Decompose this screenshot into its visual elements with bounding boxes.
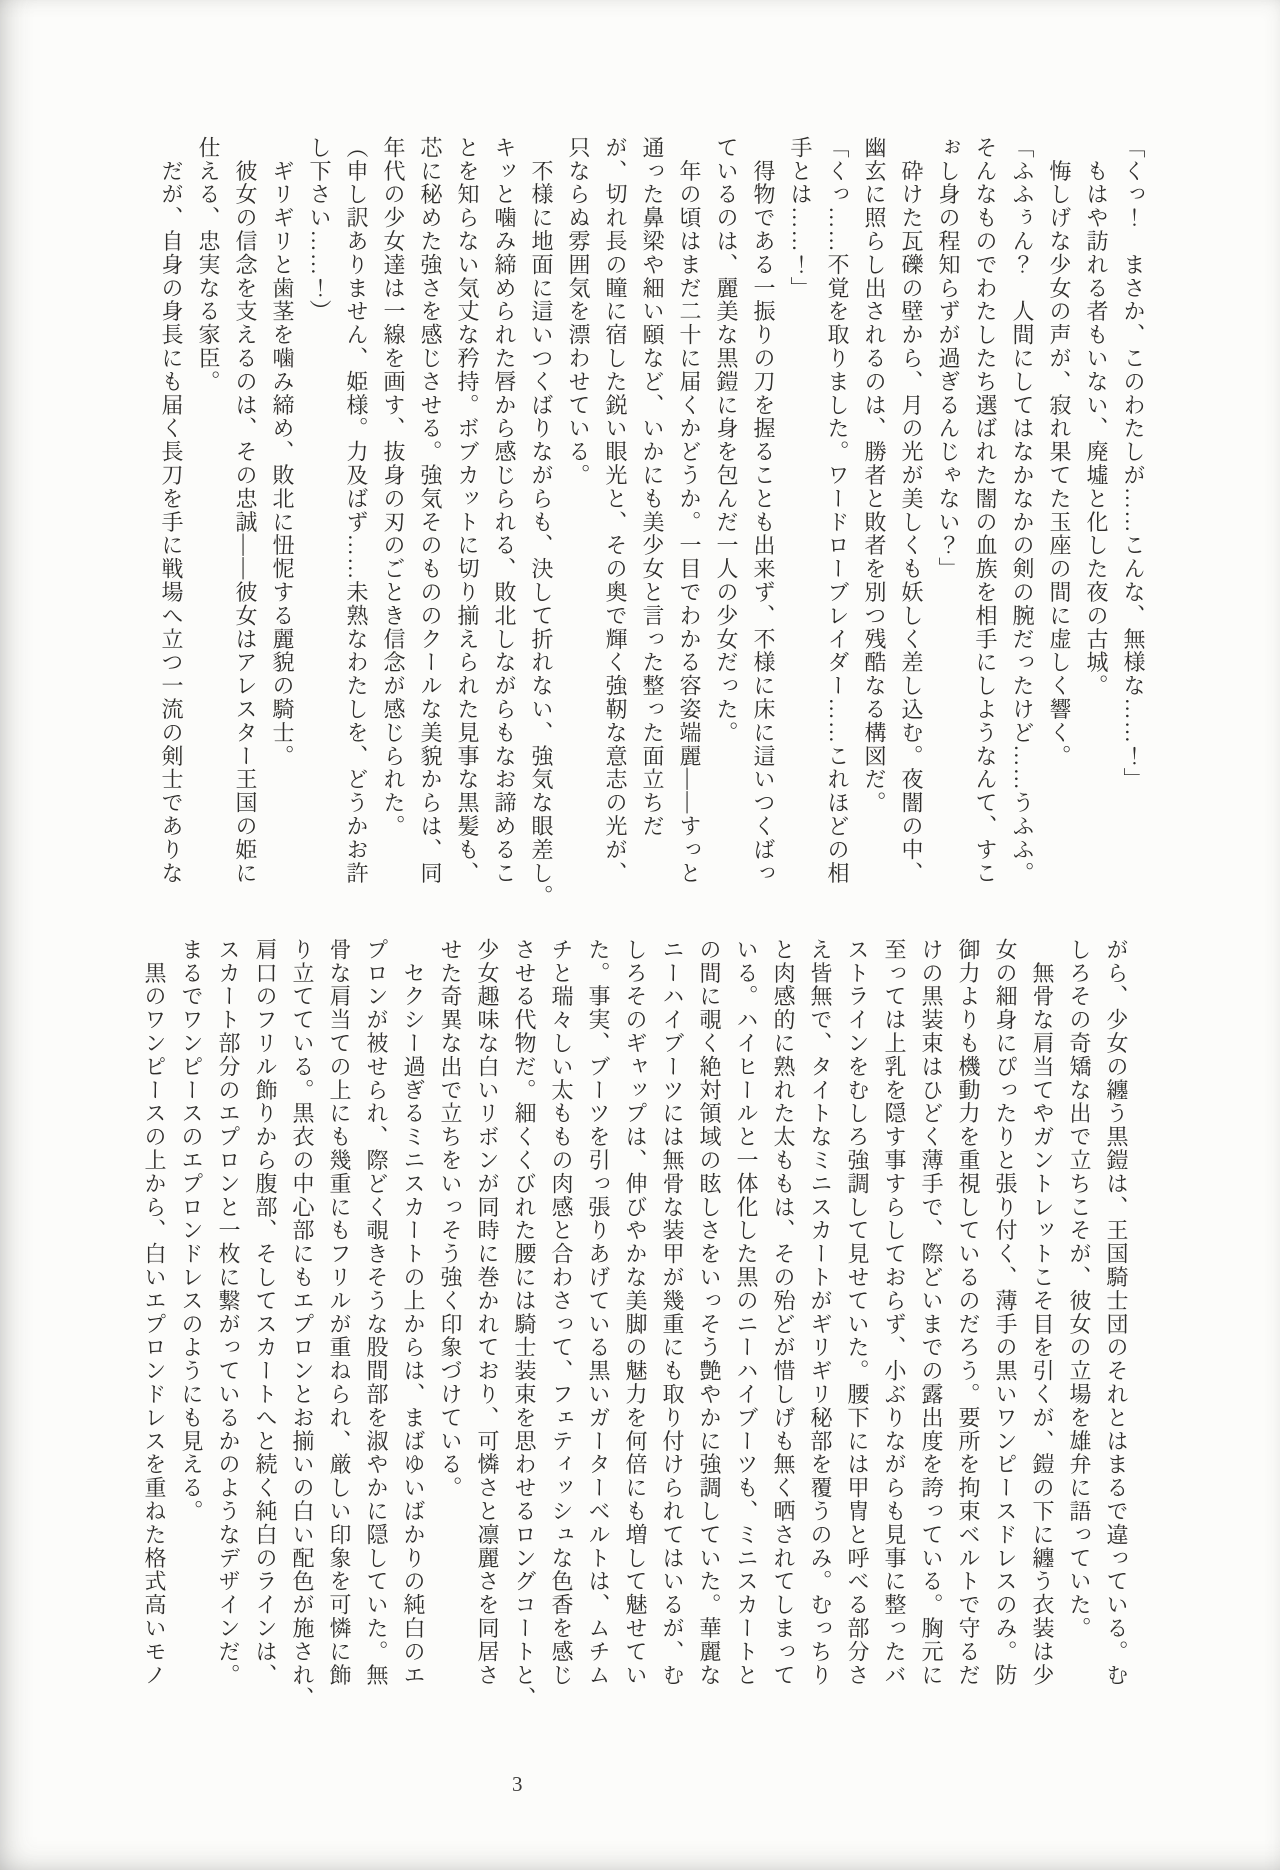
novel-text-bottom-block: がら、少女の纏う黒鎧は、王国騎士団のそれとはまるで違っている。む しろその奇矯な… — [136, 938, 1135, 1710]
document-page: 「くっ！ まさか、このわたしが……こんな、無様な……！」 もはや訪れる者もいない… — [0, 0, 1280, 1870]
page-number: 3 — [512, 1772, 523, 1797]
novel-text-top-block: 「くっ！ まさか、このわたしが……こんな、無様な……！」 もはや訪れる者もいない… — [153, 136, 1152, 908]
